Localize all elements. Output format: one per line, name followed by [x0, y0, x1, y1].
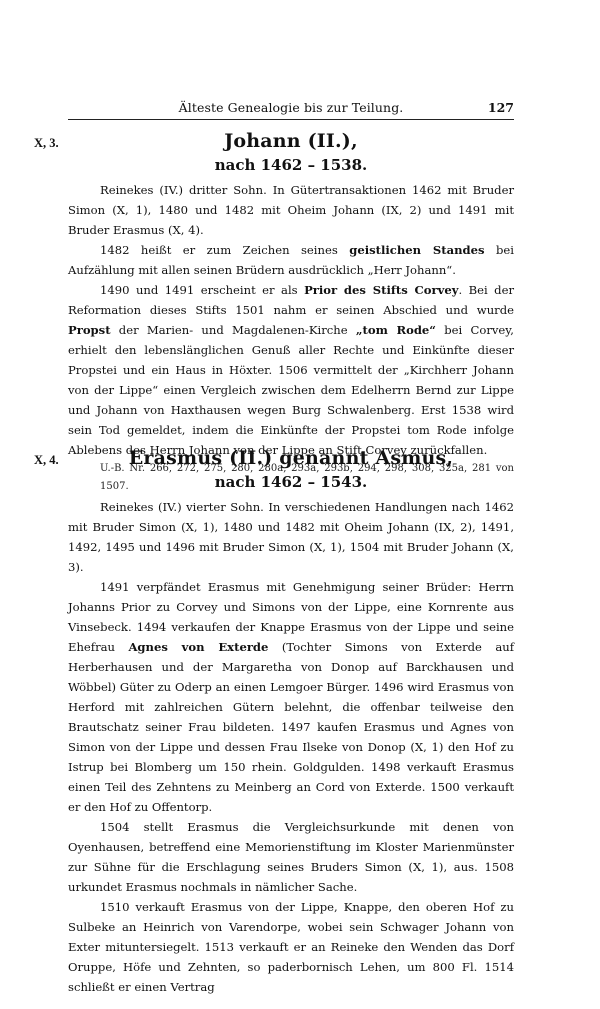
section-heading-name: Erasmus (II.) genannt Asmus, — [68, 447, 514, 469]
text-run: (Tochter Simons von Exterde auf Herberha… — [68, 640, 514, 814]
paragraph: 1491 verpfändet Erasmus mit Genehmigung … — [68, 577, 514, 817]
text-run: 1510 verkauft Erasmus von der Lippe, Kna… — [68, 900, 514, 994]
text-run: 1490 und 1491 erscheint er als — [100, 283, 304, 297]
paragraph: 1504 stellt Erasmus die Vergleichsurkund… — [68, 817, 514, 897]
paragraph: 1510 verkauft Erasmus von der Lippe, Kna… — [68, 897, 514, 997]
paragraph: Reinekes (IV.) vierter Sohn. In verschie… — [68, 497, 514, 577]
running-title: Älteste Genealogie bis zur Teilung. — [68, 100, 514, 115]
page-number: 127 — [488, 100, 514, 115]
emphasized-text: Prior des Stifts Corvey — [304, 283, 458, 297]
text-run: der Marien- und Magdalenen-Kirche — [111, 323, 356, 337]
emphasized-text: „tom Rode“ — [356, 323, 436, 337]
emphasized-text: geistlichen Standes — [349, 243, 484, 257]
text-run: bei Corvey, erhielt den lebenslänglichen… — [68, 323, 514, 457]
section-id: X, 4. — [34, 453, 59, 468]
section-body: Reinekes (IV.) vierter Sohn. In verschie… — [68, 497, 514, 997]
book-page: Älteste Genealogie bis zur Teilung. 127 … — [0, 0, 600, 1009]
emphasized-text: Propst — [68, 323, 111, 337]
paragraph: 1490 und 1491 erscheint er als Prior des… — [68, 280, 514, 460]
emphasized-text: Agnes von Exterde — [128, 640, 268, 654]
text-run: 1504 stellt Erasmus die Vergleichsurkund… — [68, 820, 514, 894]
paragraph: 1482 heißt er zum Zeichen seines geistli… — [68, 240, 514, 280]
section-heading-dates: nach 1462 – 1538. — [68, 156, 514, 174]
section-heading-name: Johann (II.), — [68, 130, 514, 152]
section-heading-dates: nach 1462 – 1543. — [68, 473, 514, 491]
paragraph: Reinekes (IV.) dritter Sohn. In Gütertra… — [68, 180, 514, 240]
section-id: X, 3. — [34, 136, 59, 151]
running-header: Älteste Genealogie bis zur Teilung. 127 — [68, 99, 514, 120]
text-run: Reinekes (IV.) vierter Sohn. In verschie… — [68, 500, 514, 574]
text-run: 1482 heißt er zum Zeichen seines — [100, 243, 349, 257]
text-run: Reinekes (IV.) dritter Sohn. In Gütertra… — [68, 183, 514, 237]
